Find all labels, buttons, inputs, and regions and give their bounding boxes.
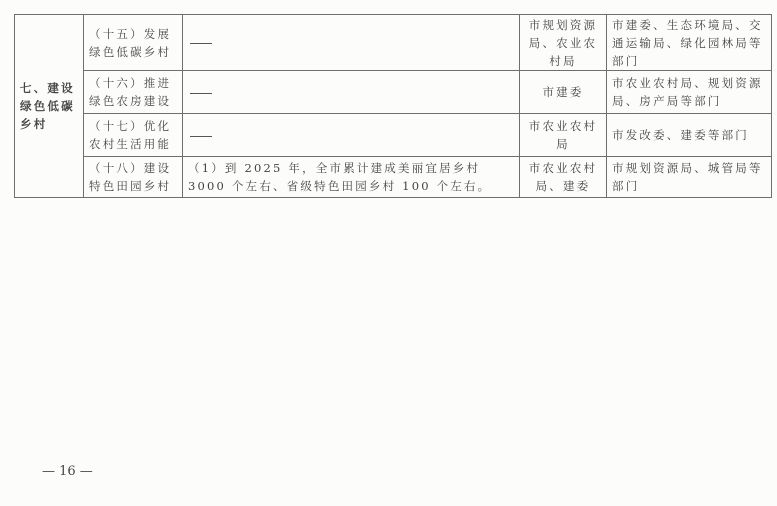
target-cell: （1）到 2025 年，全市累计建成美丽宜居乡村 3000 个左右、省级特色田园… bbox=[183, 157, 520, 198]
lead-department-cell: 市建委 bbox=[520, 71, 607, 114]
support-departments-cell: 市建委、生态环境局、交通运输局、绿化园林局等部门 bbox=[607, 15, 772, 71]
lead-department-cell: 市规划资源局、农业农村局 bbox=[520, 15, 607, 71]
table-row: 七、建设绿色低碳乡村 （十五）发展绿色低碳乡村 市规划资源局、农业农村局 市建委… bbox=[15, 15, 772, 71]
task-cell: （十七）优化农村生活用能 bbox=[84, 114, 183, 157]
policy-task-table: 七、建设绿色低碳乡村 （十五）发展绿色低碳乡村 市规划资源局、农业农村局 市建委… bbox=[14, 14, 772, 198]
document-page: 七、建设绿色低碳乡村 （十五）发展绿色低碳乡村 市规划资源局、农业农村局 市建委… bbox=[0, 0, 777, 506]
lead-department-cell: 市农业农村局、建委 bbox=[520, 157, 607, 198]
task-cell: （十八）建设特色田园乡村 bbox=[84, 157, 183, 198]
task-cell: （十五）发展绿色低碳乡村 bbox=[84, 15, 183, 71]
support-departments-cell: 市发改委、建委等部门 bbox=[607, 114, 772, 157]
task-cell: （十六）推进绿色农房建设 bbox=[84, 71, 183, 114]
dash-placeholder bbox=[190, 43, 212, 44]
table-row: （十六）推进绿色农房建设 市建委 市农业农村局、规划资源局、房产局等部门 bbox=[15, 71, 772, 114]
category-cell: 七、建设绿色低碳乡村 bbox=[15, 15, 84, 198]
target-cell bbox=[183, 114, 520, 157]
table-row: （十八）建设特色田园乡村 （1）到 2025 年，全市累计建成美丽宜居乡村 30… bbox=[15, 157, 772, 198]
dash-placeholder bbox=[190, 93, 212, 94]
table-row: （十七）优化农村生活用能 市农业农村局 市发改委、建委等部门 bbox=[15, 114, 772, 157]
support-departments-cell: 市规划资源局、城管局等部门 bbox=[607, 157, 772, 198]
page-number: — 16 — bbox=[42, 464, 93, 479]
target-cell bbox=[183, 15, 520, 71]
support-departments-cell: 市农业农村局、规划资源局、房产局等部门 bbox=[607, 71, 772, 114]
target-cell bbox=[183, 71, 520, 114]
lead-department-cell: 市农业农村局 bbox=[520, 114, 607, 157]
dash-placeholder bbox=[190, 136, 212, 137]
